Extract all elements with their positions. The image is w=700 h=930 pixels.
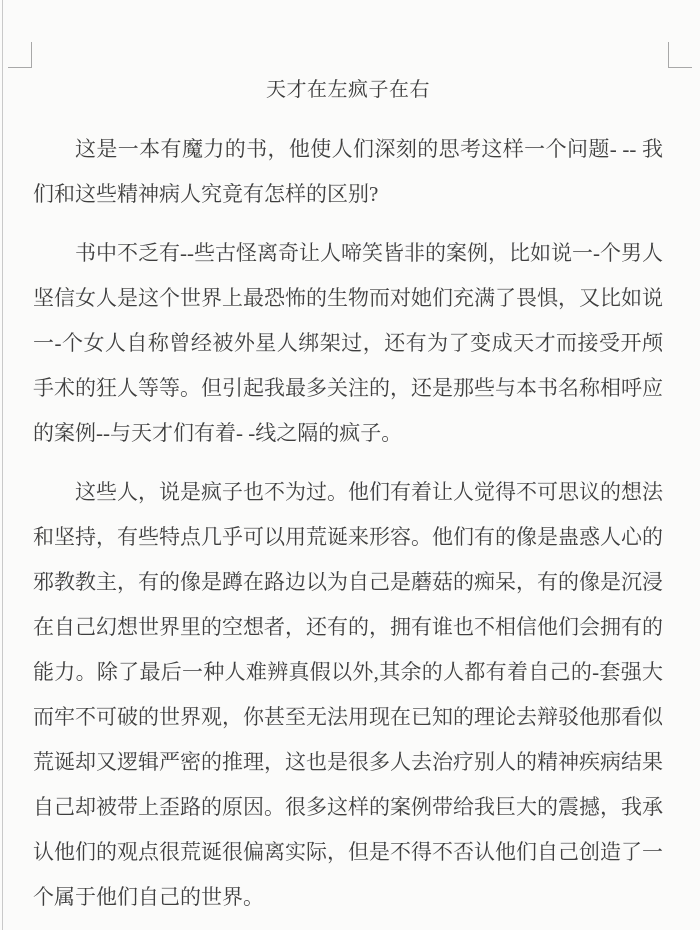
paragraph-1: 这是一本有魔力的书，他使人们深刻的思考这样一个问题- -- 我们和这些精神病人究… [33,127,663,217]
document-text-area: 天才在左疯子在右 这是一本有魔力的书，他使人们深刻的思考这样一个问题- -- 我… [0,0,700,920]
document-title: 天才在左疯子在右 [33,68,663,113]
paragraph-3: 这些人，说是疯子也不为过。他们有着让人觉得不可思议的想法和坚持，有些特点几乎可以… [33,470,663,920]
paragraph-2: 书中不乏有--些古怪离奇让人啼笑皆非的案例，比如说一-个男人坚信女人是这个世界上… [33,231,663,456]
document-page: 天才在左疯子在右 这是一本有魔力的书，他使人们深刻的思考这样一个问题- -- 我… [0,0,700,930]
